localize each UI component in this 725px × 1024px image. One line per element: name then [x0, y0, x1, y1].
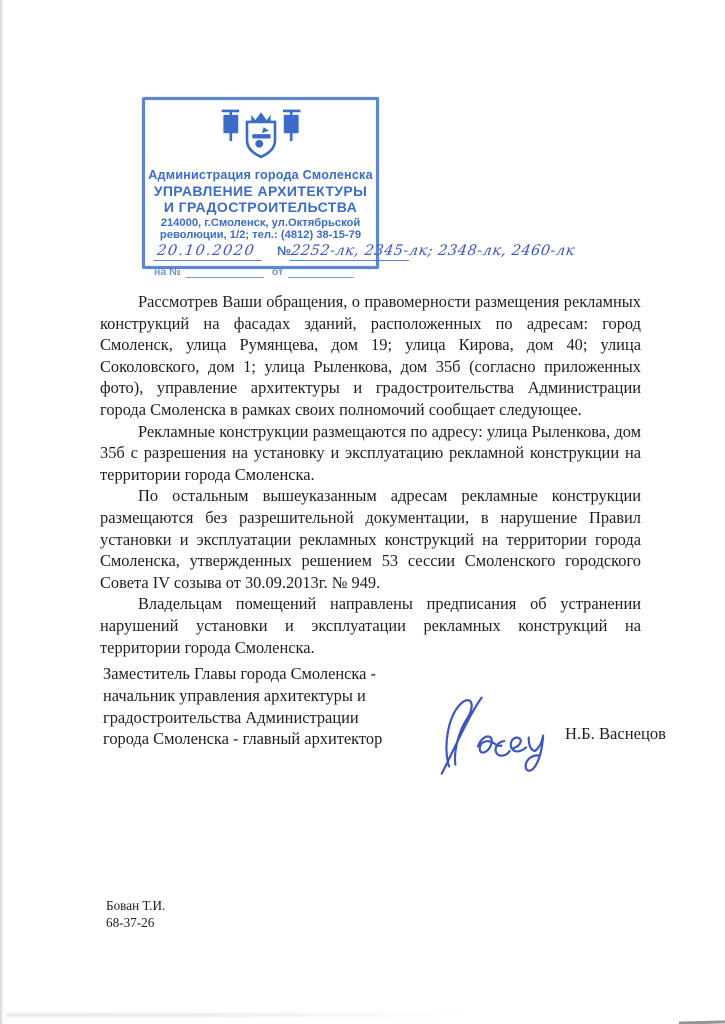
- signatory-title-line4: города Смоленска - главный архитектор: [103, 728, 382, 750]
- handwritten-outgoing-numbers: 2252-лк, 2345-лк; 2348-лк, 2460-лк: [290, 243, 576, 261]
- handwritten-date: 20.10.2020: [154, 243, 265, 261]
- scan-edge-artifact-left: [0, 0, 5, 1024]
- signatory-name: Н.Б. Васнецов: [565, 724, 666, 744]
- stamp-ref-label: на №: [154, 266, 181, 278]
- stamp-address-line2: революции, 1/2; тел.: (4812) 38-15-79: [145, 229, 376, 241]
- executor-block: Бован Т.И. 68-37-26: [106, 898, 165, 931]
- stamp-reference-row: на №от: [145, 266, 376, 278]
- paragraph-1: Рассмотрев Ваши обращения, о правомернос…: [100, 291, 641, 421]
- signatory-title-line3: градостроительства Администрации: [103, 707, 382, 729]
- paragraph-4: Владельцам помещений направлены предписа…: [100, 593, 641, 658]
- letter-body: Рассмотрев Ваши обращения, о правомернос…: [100, 291, 641, 658]
- signatory-title-line2: начальник управления архитектуры и: [103, 685, 382, 707]
- executor-name: Бован Т.И.: [106, 898, 165, 915]
- stamp-org-name: Администрация города Смоленска: [145, 168, 376, 182]
- stamp-dept-line1: УПРАВЛЕНИЕ АРХИТЕКТУРЫ: [145, 183, 376, 199]
- signatory-title-block: Заместитель Главы города Смоленска - нач…: [103, 663, 382, 750]
- stamp-from-label: от: [272, 266, 283, 278]
- executor-phone: 68-37-26: [106, 915, 165, 932]
- paragraph-2: Рекламные конструкции размещаются по адр…: [100, 421, 641, 486]
- stamp-ref-blank-line: [186, 268, 264, 278]
- official-stamp: Администрация города Смоленска УПРАВЛЕНИ…: [142, 97, 379, 269]
- stamp-dept-line2: И ГРАДОСТРОИТЕЛЬСТВА: [145, 199, 376, 215]
- stamp-date-number-row: 20.10.2020№2252-лк, 2345-лк; 2348-лк, 24…: [145, 242, 565, 261]
- stamp-from-blank-line: [288, 268, 354, 278]
- paragraph-3: По остальным вышеуказанным адресам рекла…: [100, 485, 641, 593]
- scan-edge-artifact-bottom: [6, 1013, 476, 1017]
- coat-of-arms-icon: [219, 106, 303, 169]
- handwritten-signature: [438, 694, 556, 785]
- scan-edge-artifact-corner: [679, 1020, 725, 1024]
- signatory-title-line1: Заместитель Главы города Смоленска -: [103, 663, 382, 685]
- stamp-number-symbol: №: [277, 244, 291, 258]
- stamp-address-line1: 214000, г.Смоленск, ул.Октябрьской: [145, 217, 376, 229]
- scanned-letter-page: Администрация города Смоленска УПРАВЛЕНИ…: [0, 0, 725, 1024]
